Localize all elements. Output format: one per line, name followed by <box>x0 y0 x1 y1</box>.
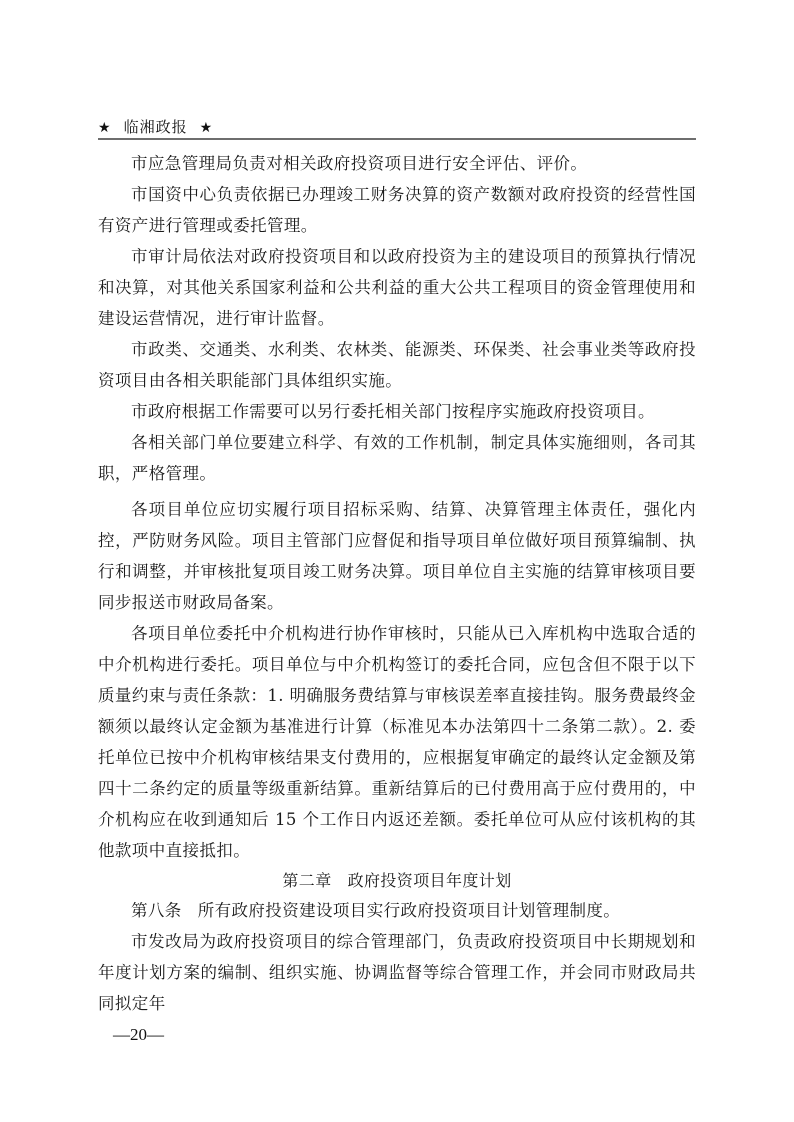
paragraph: 市应急管理局负责对相关政府投资项目进行安全评估、评价。 <box>98 148 696 179</box>
document-body: 市应急管理局负责对相关政府投资项目进行安全评估、评价。 市国资中心负责依据已办理… <box>98 148 696 1019</box>
paragraph: 市国资中心负责依据已办理竣工财务决算的资产数额对政府投资的经营性国有资产进行管理… <box>98 179 696 241</box>
paragraph: 市政类、交通类、水利类、农林类、能源类、环保类、社会事业类等政府投资项目由各相关… <box>98 334 696 396</box>
article-number: 第八条 <box>131 901 182 920</box>
paragraph: 各项目单位应切实履行项目招标采购、结算、决算管理主体责任，强化内控，严防财务风险… <box>98 494 696 618</box>
chapter-heading: 第二章政府投资项目年度计划 <box>98 866 696 895</box>
page-number: —20— <box>113 1025 164 1045</box>
star-icon: ★ <box>98 120 112 136</box>
paragraph: 市发改局为政府投资项目的综合管理部门，负责政府投资项目中长期规划和年度计划方案的… <box>98 926 696 1019</box>
paragraph: 市审计局依法对政府投资项目和以政府投资为主的建设项目的预算执行情况和决算，对其他… <box>98 241 696 334</box>
paragraph: 市政府根据工作需要可以另行委托相关部门按程序实施政府投资项目。 <box>98 396 696 427</box>
chapter-title: 政府投资项目年度计划 <box>348 871 512 890</box>
article-paragraph: 第八条所有政府投资建设项目实行政府投资项目计划管理制度。 <box>98 895 696 926</box>
chapter-number: 第二章 <box>282 871 331 890</box>
running-header: ★临湘政报★ <box>98 117 696 139</box>
paragraph: 各相关部门单位要建立科学、有效的工作机制，制定具体实施细则，各司其职，严格管理。 <box>98 427 696 489</box>
article-text: 所有政府投资建设项目实行政府投资项目计划管理制度。 <box>198 901 621 920</box>
publication-title: 临湘政报 <box>124 118 188 136</box>
star-icon: ★ <box>200 120 214 136</box>
header-rule <box>98 138 696 140</box>
paragraph: 各项目单位委托中介机构进行协作审核时，只能从已入库机构中选取合适的中介机构进行委… <box>98 618 696 866</box>
